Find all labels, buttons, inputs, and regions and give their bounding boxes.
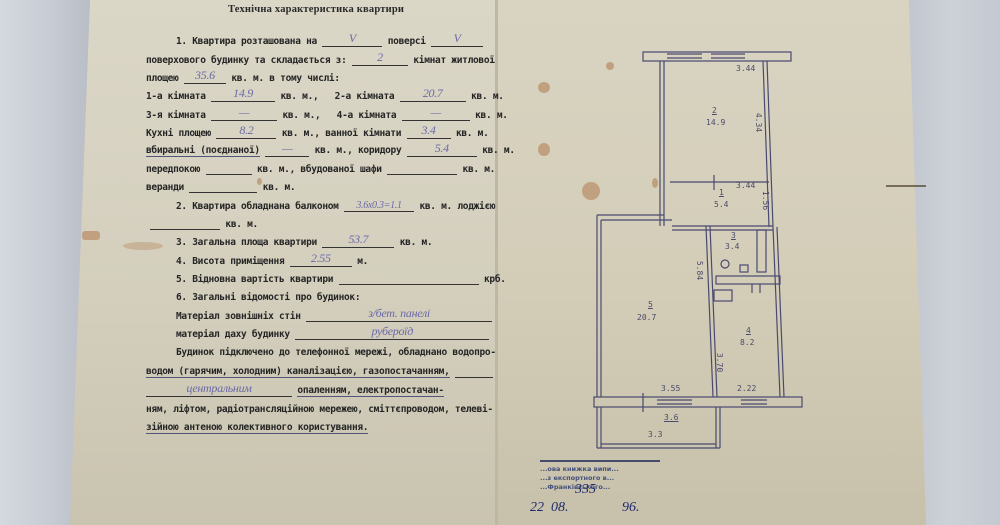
loggia-area-field [150,218,220,230]
dim-room5-width: 3.55 [661,384,680,393]
veranda-line: веранди кв. м. [146,181,295,193]
room4-area: 8.2 [740,338,754,347]
dim-top-width: 3.44 [736,64,755,73]
balcony-area-field: 3.6x0.3=1.1 [344,200,414,212]
rooms-1-2-line: 1-а кімната 14.9 кв. м., 2-а кімната 20.… [146,90,504,102]
utilities-text-2: водом (гарячим, холодним) каналізацією, … [146,366,493,378]
heating-field: центральним [146,385,292,397]
stain [606,62,614,70]
room5-number: 5 [648,300,653,309]
toilet-line: вбиральні (поєднаної) — кв. м., коридору… [146,145,515,157]
restoration-cost-line: 5. Відновна вартість квартири крб. [176,273,506,285]
floor-line: 1. Квартира розташована на V поверсі V [176,35,483,47]
utilities-text-3: центральним опаленням, електропостачан- [146,385,444,397]
dim-room1-width: 3.44 [736,181,755,190]
toilet-area-field: — [265,145,309,157]
room3-area: 3.4 [725,242,739,251]
living-area-line: площею 35.6 кв. м. в тому числі: [146,72,340,84]
bath-area-field: 3.4 [407,127,451,139]
stain [582,182,600,200]
veranda-area-field [189,181,257,193]
utilities-text-1: Будинок підключено до телефонної мережі,… [176,347,496,358]
closet-area-field [387,163,457,175]
room4-number: 4 [746,326,751,335]
room3-area-field: — [211,109,277,121]
hall-area-field [206,163,252,175]
dim-room2-height: 4.34 [754,113,763,132]
dim-room4-height: 3.70 [715,353,724,372]
balcony-dim-top: 3.6 [664,413,678,422]
stain [538,143,550,156]
stain [886,185,926,187]
restoration-cost-field [339,273,479,285]
building-info-heading: 6. Загальні відомості про будинок: [176,292,360,303]
room1-number: 1 [719,188,724,197]
kitchen-area-field: 8.2 [216,127,276,139]
stamp-year: 96. [622,500,640,516]
utilities-text-5: зійною антеною колективного користування… [146,422,368,433]
roof-material-line: матеріал даху будинку рубероїд [176,328,489,340]
stain [652,178,658,188]
room4-area-field: — [402,109,470,121]
corridor-area-field: 5.4 [407,145,477,157]
room5-area: 20.7 [637,313,656,322]
balcony-line: 2. Квартира обладнана балконом 3.6x0.3=1… [176,200,495,212]
hall-line: передпокою кв. м., вбудованої шафи кв. м… [146,163,495,175]
stain [82,231,100,240]
room3-number: 3 [731,231,736,240]
room1-area: 5.4 [714,200,728,209]
page-fold [495,0,498,525]
kitchen-line: Кухні площею 8.2 кв. м., ванної кімнати … [146,127,489,139]
rooms-3-4-line: 3-я кімната — кв. м., 4-а кімната — кв. … [146,109,508,121]
total-area-line: 3. Загальна площа квартири 53.7 кв. м. [176,236,432,248]
walls-material-field: з/бет. панелі [306,310,492,322]
living-area-field: 35.6 [184,72,226,84]
dim-room4-width: 2.22 [737,384,756,393]
stain [123,242,163,250]
ceiling-height-field: 2.55 [290,255,352,267]
stamp-date: 22 08. [530,500,569,516]
room1-area-field: 14.9 [211,90,275,102]
loggia-line: кв. м. [150,218,258,230]
walls-material-line: Матеріал зовнішніх стін з/бет. панелі [176,310,492,322]
floor-field: V [322,35,382,47]
document-page-right [496,0,926,525]
rooms-line: поверхового будинку та складається з: 2 … [146,54,495,66]
room2-area: 14.9 [706,118,725,127]
document-title: Технічна характеристика квартири [228,4,404,15]
ceiling-height-line: 4. Висота приміщення 2.55 м. [176,255,368,267]
room2-area-field: 20.7 [400,90,466,102]
roof-material-field: рубероїд [295,328,489,340]
rooms-count-field: 2 [352,54,408,66]
balcony-dim-bottom: 3.3 [648,430,662,439]
room2-number: 2 [712,106,717,115]
stamp-number: 335 [575,482,596,498]
total-floors-field: V [431,35,483,47]
stain [538,82,550,93]
dim-room1-height: 1.56 [761,191,770,210]
total-area-field: 53.7 [322,236,394,248]
utilities-text-4: ням, ліфтом, радіотрансляційною мережею,… [146,404,493,415]
dim-room5-height: 5.84 [695,261,704,280]
